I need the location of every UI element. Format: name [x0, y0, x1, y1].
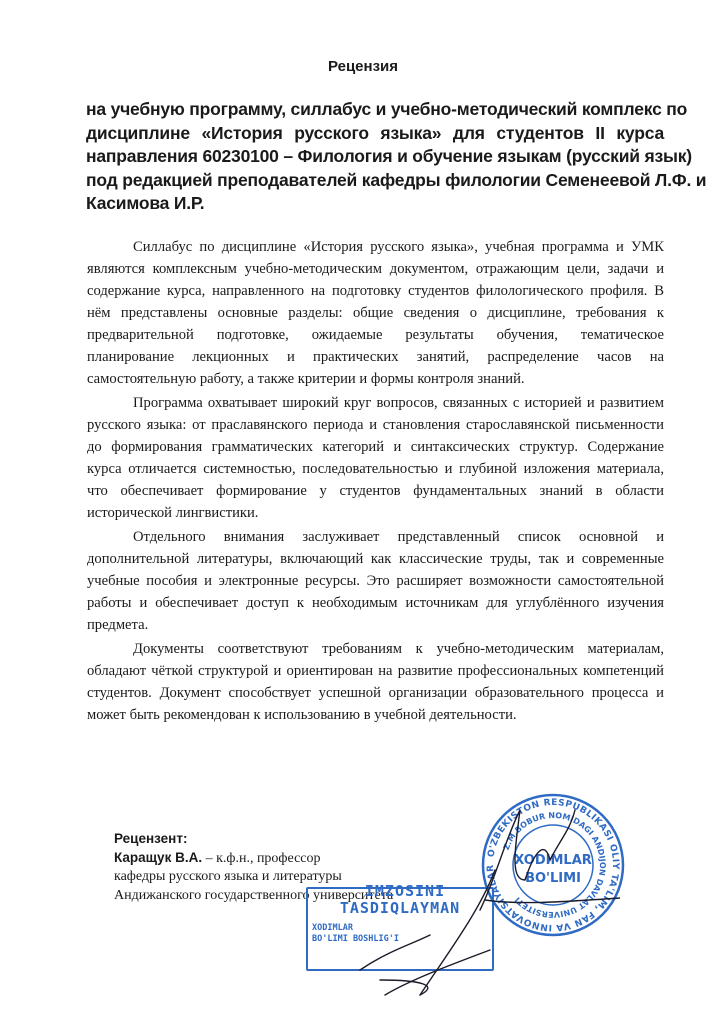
document-title: Рецензия [0, 58, 726, 75]
approval-stamp: IMZOSINI TASDIQLAYMAN XODIMLAR BO'LIMI B… [306, 887, 494, 971]
text-line: Силлабус по дисциплине «История русского… [87, 236, 664, 258]
text-line: самостоятельную работу, а также критерии… [87, 368, 664, 390]
reviewer-degree: – к.ф.н., профессор [202, 851, 320, 866]
stamp-line: BO'LIMI BOSHLIG'I [312, 934, 492, 945]
text-line: обладают чёткой структурой и ориентирова… [87, 660, 664, 682]
text-line: учебные пособия и электронные ресурсы. Э… [87, 570, 664, 592]
paragraph-3: Отдельного внимания заслуживает представ… [87, 526, 664, 636]
subject-line: дисциплине «История русского языка» для … [86, 122, 664, 146]
reviewer-role-label: Рецензент: [114, 830, 393, 849]
subject-line: на учебную программу, силлабус и учебно-… [86, 98, 664, 122]
review-subject: на учебную программу, силлабус и учебно-… [86, 98, 664, 216]
paragraph-4: Документы соответствуют требованиям к уч… [87, 638, 664, 726]
subject-line: направления 60230100 – Филология и обуче… [86, 145, 664, 169]
seal-center-line: BO'LIMI [525, 871, 581, 886]
reviewer-name-line: Каращук В.А. – к.ф.н., профессор [114, 849, 393, 869]
text-line: содержание курса, направленного на подго… [87, 280, 664, 302]
text-line: работы и обеспечивает доступ к необходим… [87, 592, 664, 614]
text-line: русского языка: от праславянского период… [87, 414, 664, 436]
text-line: до формирования грамматических категорий… [87, 436, 664, 458]
review-body: Силлабус по дисциплине «История русского… [87, 236, 664, 728]
stamp-line: XODIMLAR [312, 923, 492, 934]
text-line: Программа охватывает широкий круг вопрос… [87, 392, 664, 414]
text-line: планирование лекционных и практических з… [87, 346, 664, 368]
reviewer-name: Каращук В.А. [114, 850, 202, 865]
stamp-line: TASDIQLAYMAN [308, 900, 492, 917]
text-line: являются комплексным учебно-методическим… [87, 258, 664, 280]
round-seal-icon: O'ZBEKISTON RESPUBLIKASI OLIY TA'LIM, FA… [478, 790, 628, 940]
text-line: нём представлены основные разделы: общие… [87, 302, 664, 324]
seal-center-line: XODIMLAR [514, 853, 592, 868]
text-line: дополнительной литературы, включающий ка… [87, 548, 664, 570]
subject-line: Касимова И.Р. [86, 192, 664, 216]
stamp-line: IMZOSINI [308, 883, 492, 900]
text-line: что обеспечивает формирование у студенто… [87, 480, 664, 502]
document-page: Рецензия на учебную программу, силлабус … [0, 0, 726, 1027]
text-line: Документы соответствуют требованиям к уч… [87, 638, 664, 660]
paragraph-2: Программа охватывает широкий круг вопрос… [87, 392, 664, 524]
text-line: курса отличается системностью, последова… [87, 458, 664, 480]
text-line: Отдельного внимания заслуживает представ… [87, 526, 664, 548]
subject-line: под редакцией преподавателей кафедры фил… [86, 169, 664, 193]
text-line: может быть рекомендован к использованию … [87, 704, 664, 726]
text-line: студентов. Документ способствует успешно… [87, 682, 664, 704]
text-line: предварительной подготовке, ожидаемые ре… [87, 324, 664, 346]
paragraph-1: Силлабус по дисциплине «История русского… [87, 236, 664, 390]
text-line: исторической лингвистики. [87, 502, 664, 524]
text-line: предмета. [87, 614, 664, 636]
